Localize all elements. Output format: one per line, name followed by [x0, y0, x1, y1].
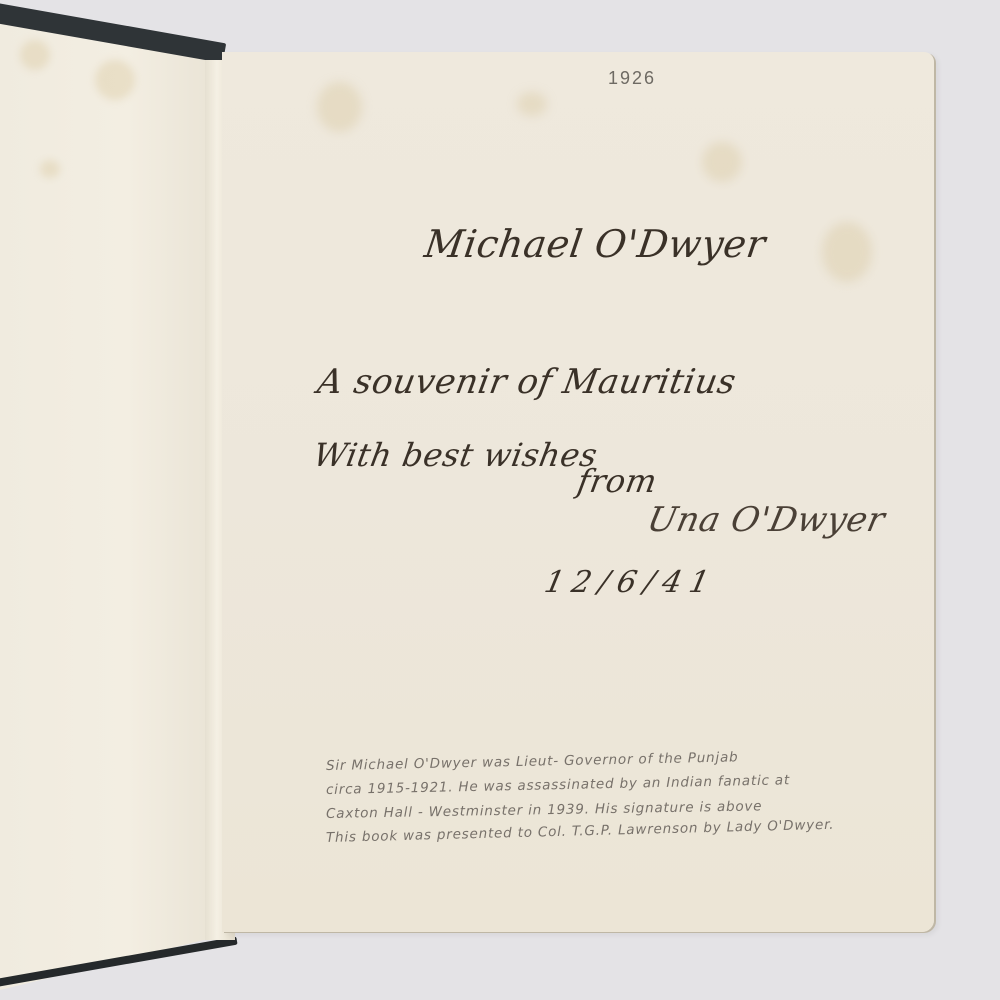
pencil-year: 1926 [608, 68, 656, 89]
book-photo: 1926 Michael O'Dwyer A souvenir of Mauri… [0, 0, 1000, 1000]
left-pastedown-page [0, 0, 212, 1000]
signature-michael-odwyer: Michael O'Dwyer [422, 222, 769, 266]
inscription-line-3: from [575, 462, 660, 500]
foxing-spot [95, 60, 135, 100]
foxing-spot [20, 40, 50, 70]
signature-una-odwyer: Una O'Dwyer [644, 500, 889, 540]
inscription-line-1: A souvenir of Mauritius [314, 362, 739, 402]
inscription-line-2: With best wishes [311, 436, 601, 474]
foxing-spot [317, 82, 362, 132]
foxing-spot [517, 92, 547, 116]
foxing-spot [40, 160, 60, 178]
foxing-spot [822, 222, 872, 282]
foxing-spot [702, 142, 742, 182]
inscription-date: 12/6/41 [541, 565, 720, 600]
